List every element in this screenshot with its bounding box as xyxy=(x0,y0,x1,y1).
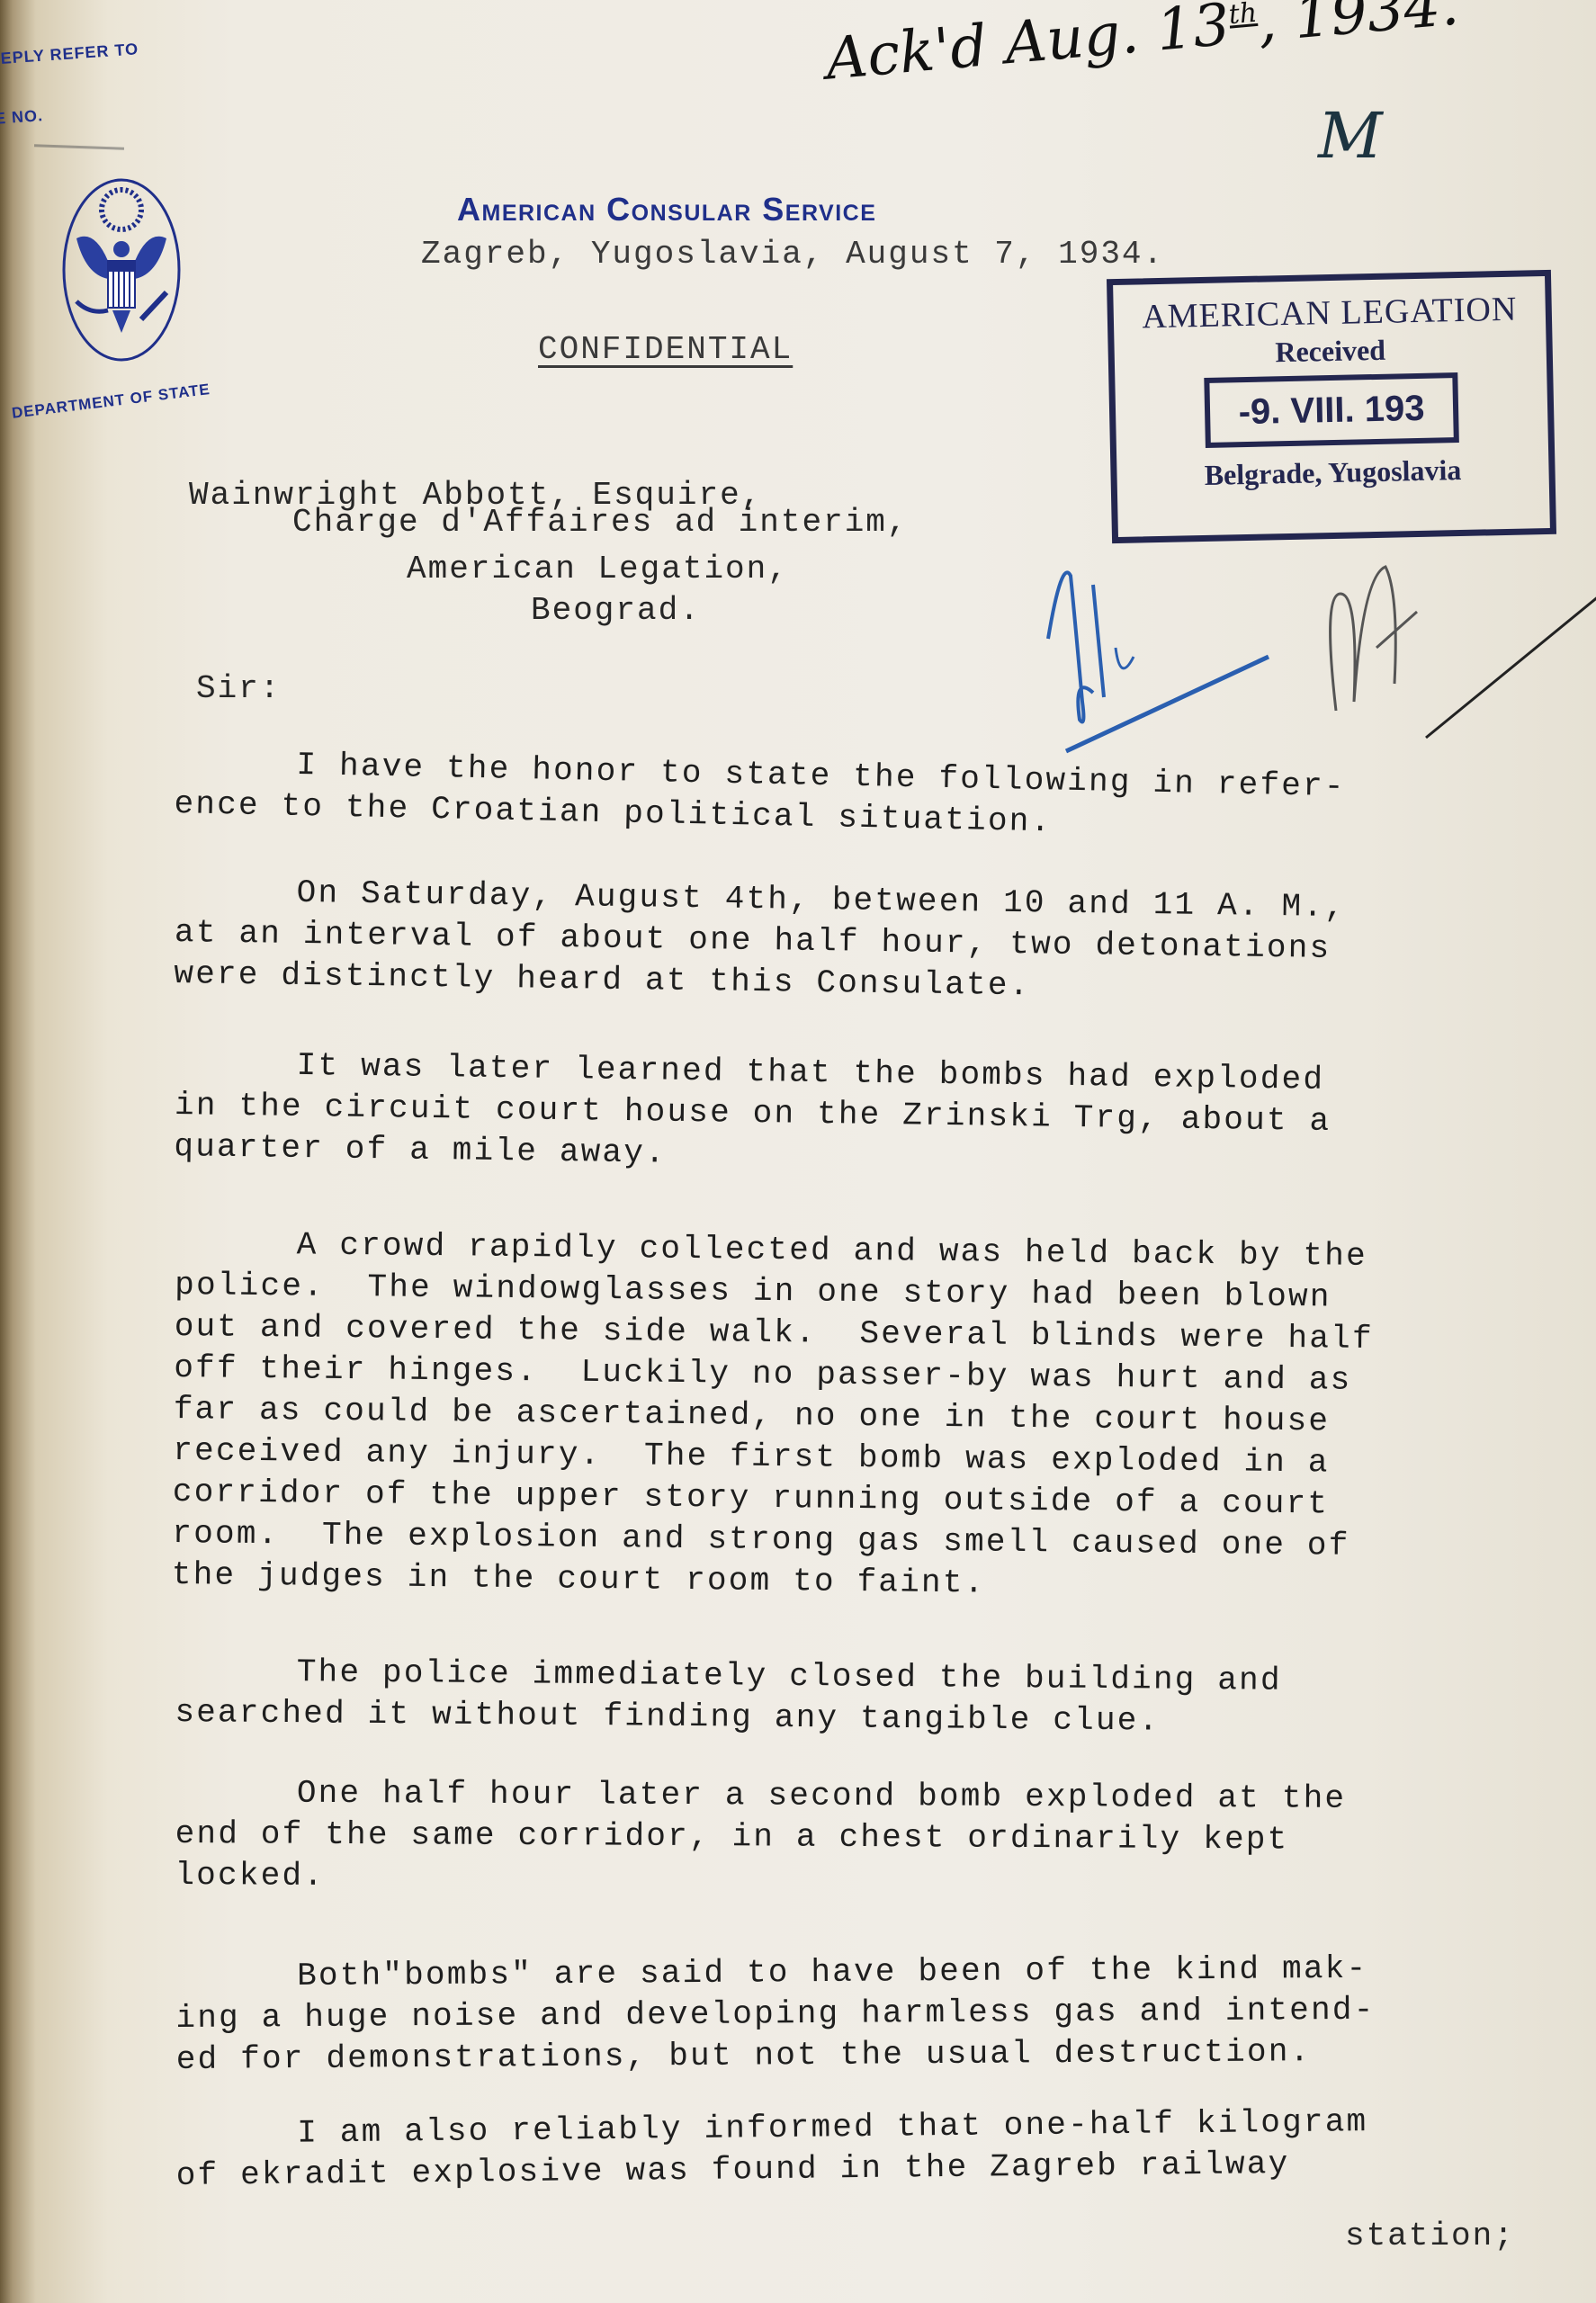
body-line: ed for demonstrations, but not the usual… xyxy=(176,2030,1562,2081)
body-paragraph: I am also reliably informed that one-hal… xyxy=(175,2100,1562,2197)
great-seal-eagle-icon xyxy=(58,166,184,373)
addressee-office: American Legation, xyxy=(407,551,789,587)
addressee-city: Beograd. xyxy=(531,592,701,629)
body-line: locked. xyxy=(175,1855,1560,1904)
stamp-received: Received xyxy=(1114,330,1547,372)
file-number-blank xyxy=(34,144,124,149)
body-line: One half hour later a second bomb explod… xyxy=(175,1772,1561,1821)
file-annotation-marks xyxy=(1030,540,1596,756)
body-paragraph: I have the honor to state the following … xyxy=(174,742,1561,854)
classification-marking: CONFIDENTIAL xyxy=(538,331,793,368)
ack-text: Ack'd Aug. 13 xyxy=(823,0,1233,94)
received-stamp: AMERICAN LEGATION Received -9. VIII. 193… xyxy=(1107,270,1556,543)
body-paragraph: One half hour later a second bomb explod… xyxy=(175,1772,1561,1904)
ack-year: , 1934. xyxy=(1255,0,1462,56)
body-line: end of the same corridor, in a chest ord… xyxy=(175,1814,1561,1862)
reply-refer-label: EPLY REFER TO xyxy=(0,40,139,68)
stamp-date: -9. VIII. 193 xyxy=(1204,372,1459,448)
stamp-location: Belgrade, Yugoslavia xyxy=(1116,452,1549,494)
body-paragraph: The police immediately closed the buildi… xyxy=(175,1651,1561,1745)
body-paragraph: A crowd rapidly collected and was held b… xyxy=(172,1223,1561,1610)
addressee-title: Charge d'Affaires ad interim, xyxy=(292,504,909,541)
acknowledgement-note: Ack'd Aug. 13th, 1934. xyxy=(823,0,1461,94)
place-and-date: Zagreb, Yugoslavia, August 7, 1934. xyxy=(421,236,1164,273)
initials-top: M xyxy=(1318,99,1383,173)
body-paragraph: Both"bombs" are said to have been of the… xyxy=(175,1947,1562,2081)
ack-suffix: th xyxy=(1227,0,1258,31)
stamp-legation: AMERICAN LEGATION xyxy=(1113,289,1546,337)
body-paragraph: On Saturday, August 4th, between 10 and … xyxy=(174,871,1561,1014)
page-continuation-word: station; xyxy=(1345,2218,1515,2254)
department-of-state-label: DEPARTMENT OF STATE xyxy=(11,381,211,423)
file-number-label: E NO. xyxy=(0,106,44,129)
letterhead-title: American Consular Service xyxy=(457,191,876,229)
salutation: Sir: xyxy=(196,670,281,707)
body-paragraph: It was later learned that the bombs had … xyxy=(174,1044,1561,1187)
